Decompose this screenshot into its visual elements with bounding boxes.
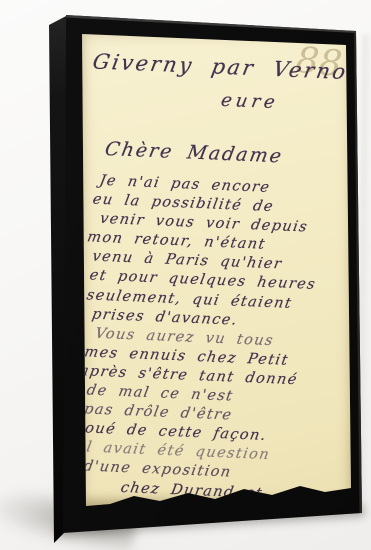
framed-letter-photo: 88 Giverny par Vernon eure Chère Madame … [0,0,371,550]
handwritten-letter: Giverny par Vernon eure Chère Madame Je … [64,44,355,525]
letter-heading-line-1: Giverny par Vernon [91,49,366,84]
letter-body: Je n'ai pas encore eu la possibilité de … [71,171,319,505]
letter-heading-line-2: eure [219,90,280,113]
